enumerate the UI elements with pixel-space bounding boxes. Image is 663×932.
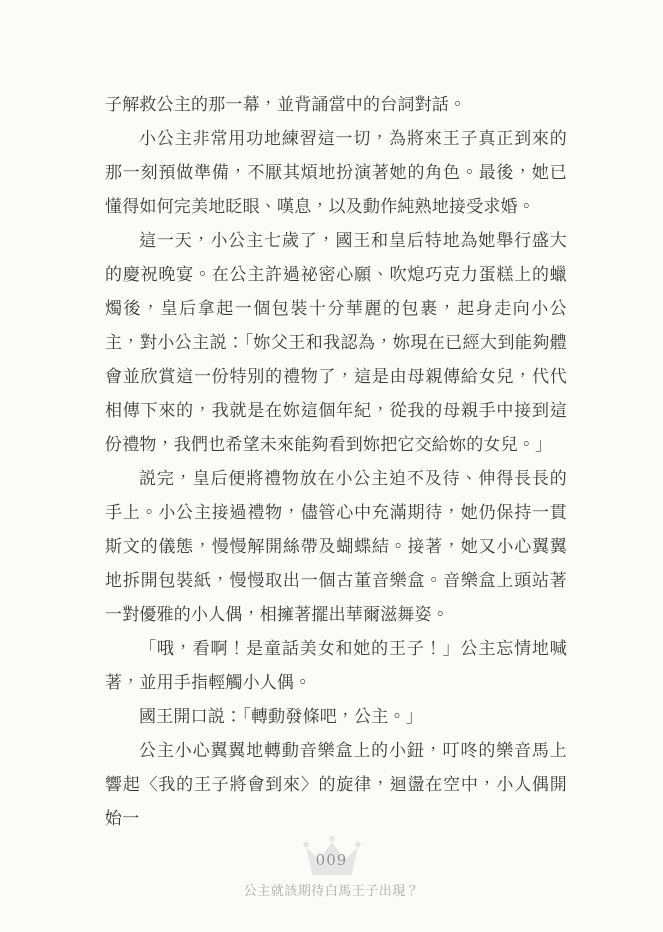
paragraph: 公主小心翼翼地轉動音樂盒上的小鈕，叮咚的樂音馬上響起〈我的王子將會到來〉的旋律，… [105,734,567,836]
paragraph: 説完，皇后便將禮物放在小公主迫不及待、伸得長長的手上。小公主接過禮物，儘管心中充… [105,462,567,632]
paragraph: 這一天，小公主七歲了，國王和皇后特地為她舉行盛大的慶祝晚宴。在公主許過祕密心願、… [105,224,567,462]
paragraph: 「哦，看啊！是童話美女和她的王子！」公主忘情地喊著，並用手指輕觸小人偶。 [105,632,567,700]
book-page: 子解救公主的那一幕，並背誦當中的台詞對話。 小公主非常用功地練習這一切，為將來王… [0,0,663,932]
page-footer: 009 公主就該期待白馬王子出現？ [0,834,663,899]
paragraph: 子解救公主的那一幕，並背誦當中的台詞對話。 [105,88,567,122]
page-text: 子解救公主的那一幕，並背誦當中的台詞對話。 小公主非常用功地練習這一切，為將來王… [105,88,567,836]
paragraph: 國王開口説：「轉動發條吧，公主。」 [105,700,567,734]
running-footer-chapter-title: 公主就該期待白馬王子出現？ [244,880,420,899]
page-number: 009 [300,851,364,869]
page-number-ornament: 009 [300,834,364,878]
paragraph: 小公主非常用功地練習這一切，為將來王子真正到來的那一刻預做準備，不厭其煩地扮演著… [105,122,567,224]
